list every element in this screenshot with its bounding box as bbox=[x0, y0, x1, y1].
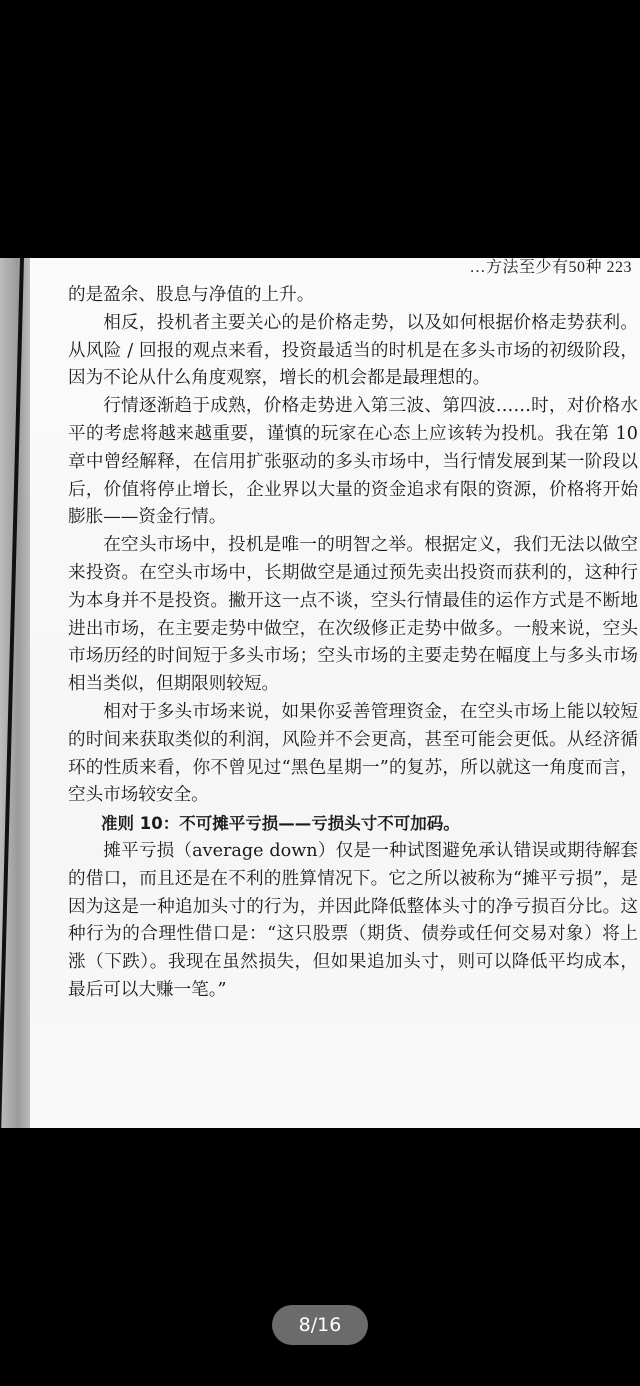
paragraph: 相反，投机者主要关心的是价格走势，以及如何根据价格走势获利。从风险 / 回报的观… bbox=[68, 310, 638, 393]
body-text: 的是盈余、股息与净值的上升。 相反，投机者主要关心的是价格走势，以及如何根据价格… bbox=[68, 282, 638, 1005]
page-photo[interactable]: …方法至少有50种 223 的是盈余、股息与净值的上升。 相反，投机者主要关心的… bbox=[0, 258, 640, 1128]
rule-heading: 准则 10：不可摊平亏损——亏损头寸不可加码。 bbox=[68, 810, 638, 838]
page-counter-badge: 8/16 bbox=[272, 1305, 368, 1345]
paragraph: 行情逐渐趋于成熟，价格走势进入第三波、第四波……时，对价格水平的考虑将越来越重要… bbox=[68, 393, 638, 532]
running-head: …方法至少有50种 223 bbox=[469, 258, 632, 277]
paragraph: 在空头市场中，投机是唯一的明智之举。根据定义，我们无法以做空来投资。在空头市场中… bbox=[68, 532, 638, 699]
paragraph: 摊平亏损（average down）仅是一种试图避免承认错误或期待解套的借口，而… bbox=[68, 838, 638, 1005]
paragraph: 的是盈余、股息与净值的上升。 bbox=[68, 282, 638, 310]
paragraph: 相对于多头市场来说，如果你妥善管理资金，在空头市场上能以较短的时间来获取类似的利… bbox=[68, 699, 638, 810]
book-page: …方法至少有50种 223 的是盈余、股息与净值的上升。 相反，投机者主要关心的… bbox=[30, 258, 640, 1128]
book-spine-edge bbox=[0, 258, 24, 1128]
